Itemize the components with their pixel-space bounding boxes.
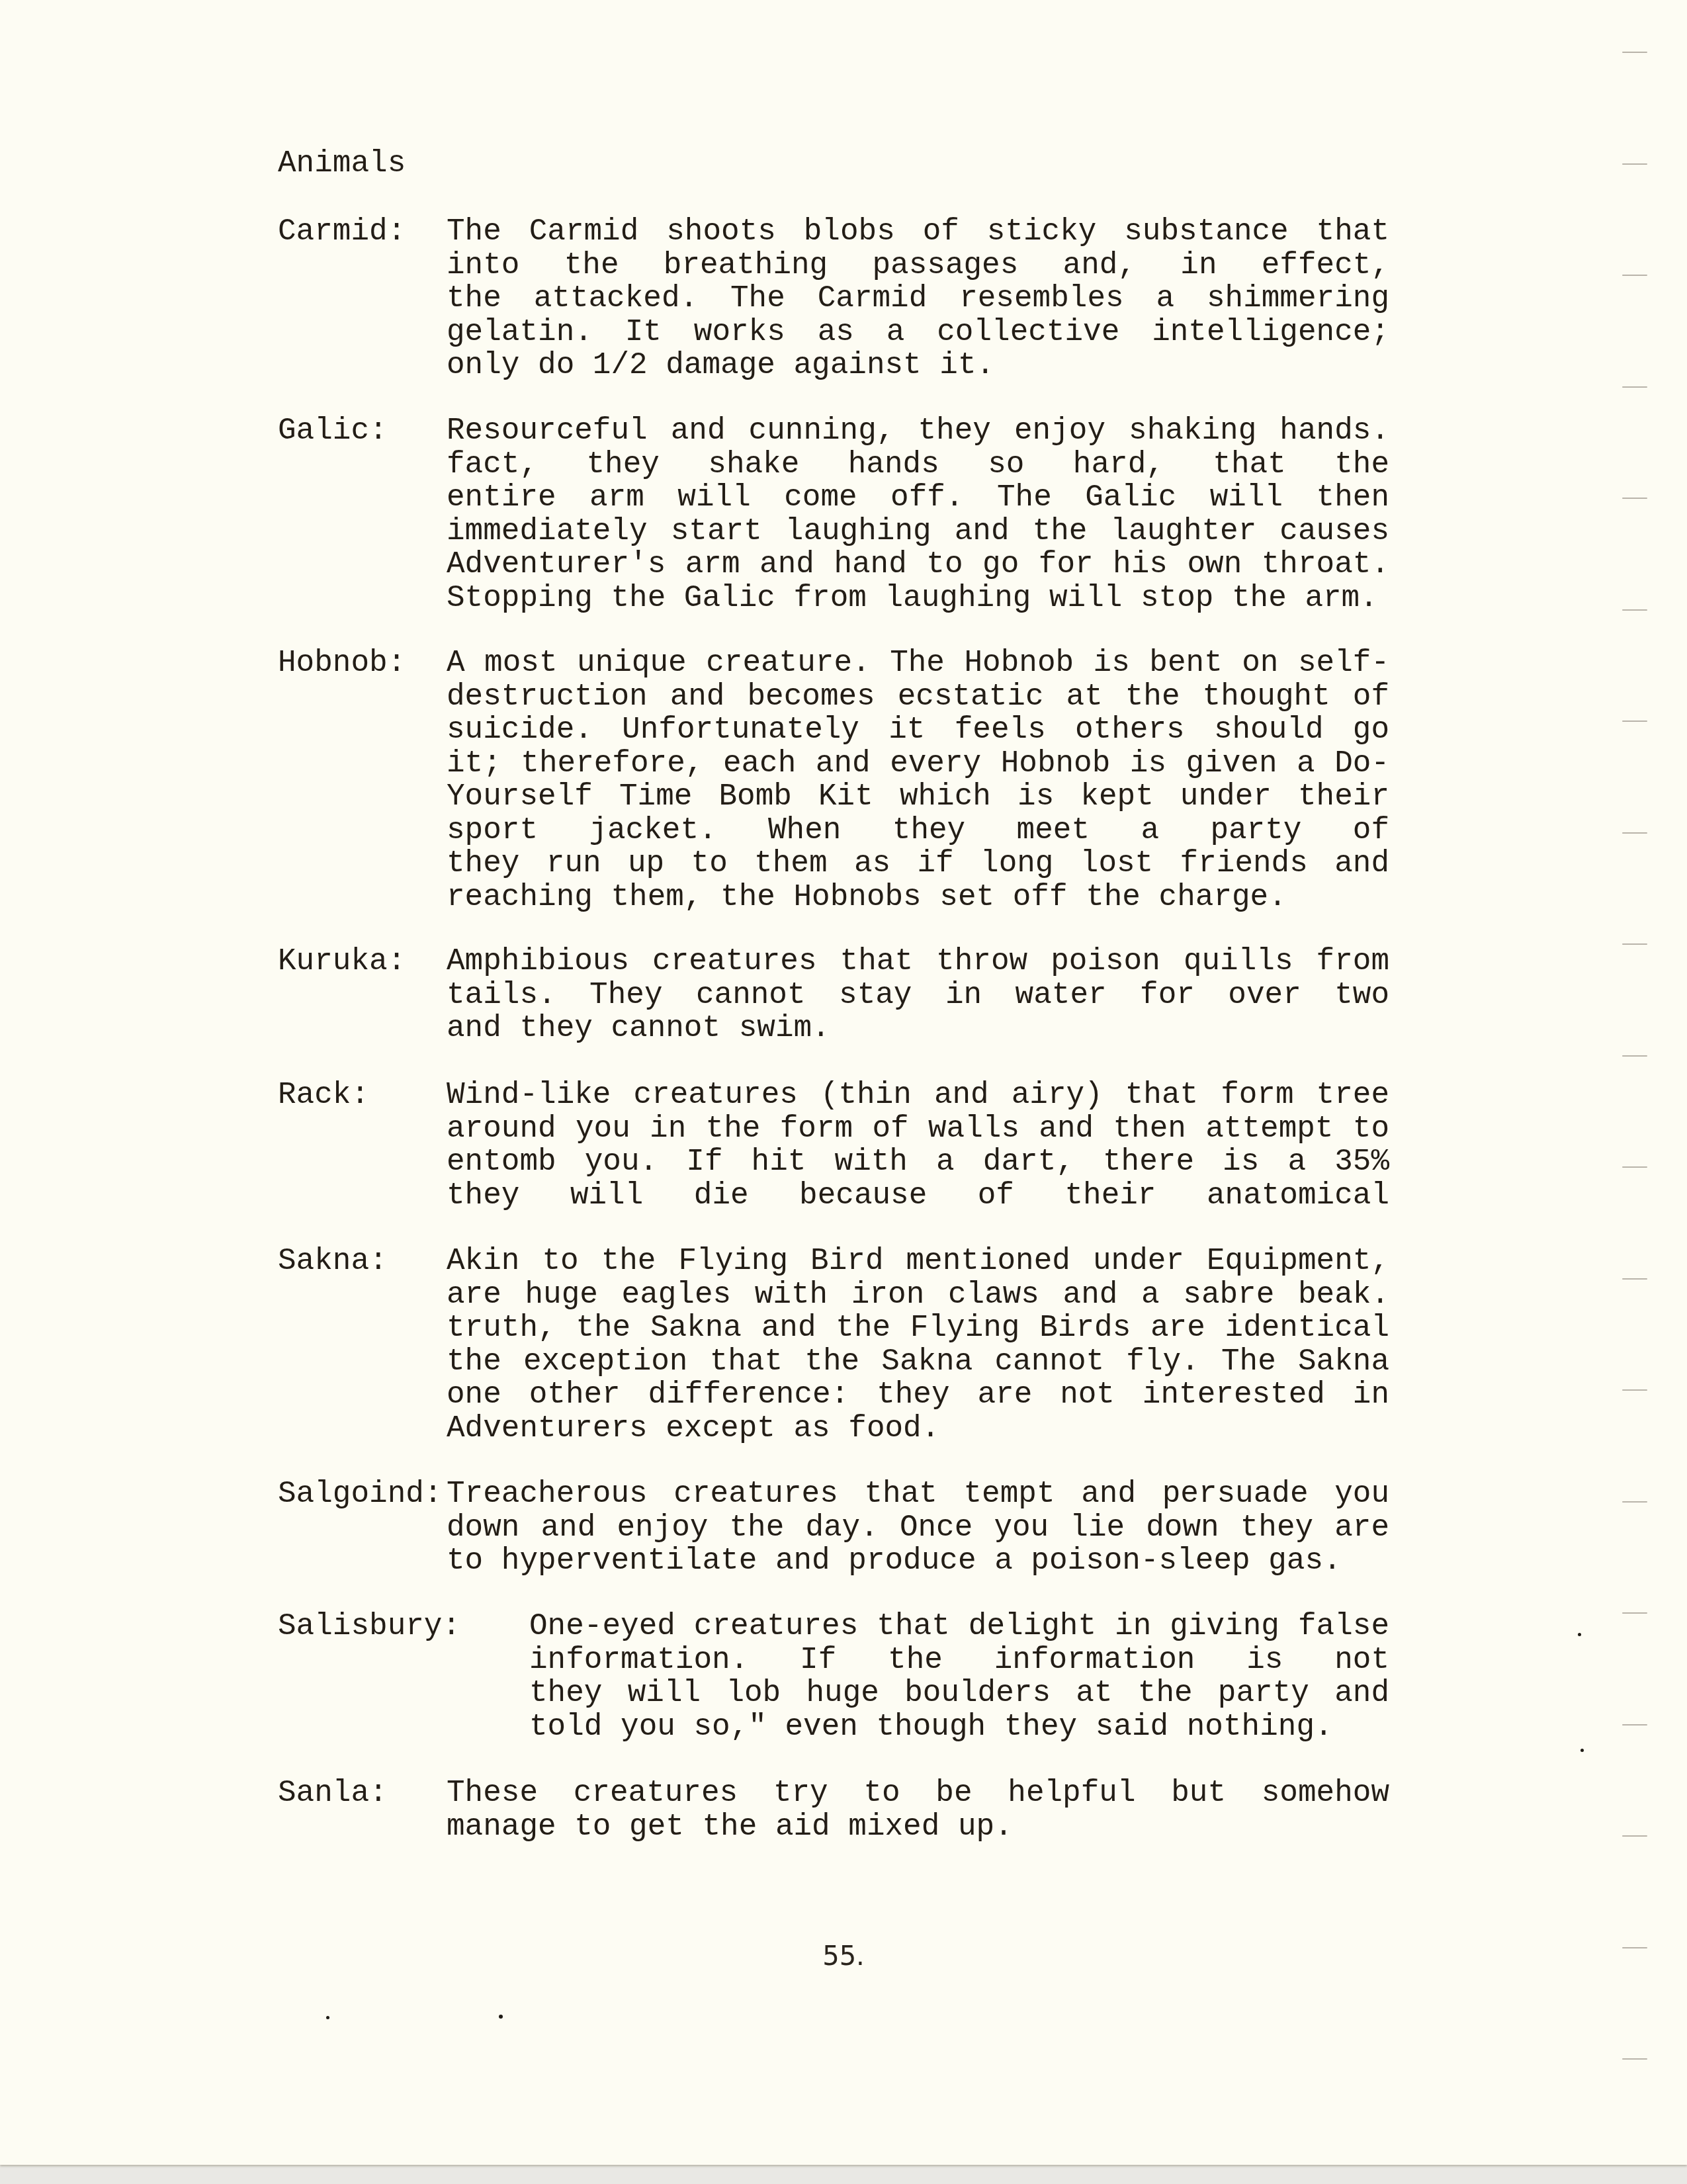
description-line: Adventurer's arm and hand to go for his …	[447, 548, 1389, 582]
description-line: Yourself Time Bomb Kit which is kept und…	[447, 780, 1389, 814]
description-line: one other difference: they are not inter…	[447, 1378, 1389, 1412]
edge-mark	[1622, 832, 1647, 834]
description-line: One-eyed creatures that delight in givin…	[529, 1610, 1389, 1643]
entry-label: Rack:	[278, 1078, 369, 1112]
edge-mark	[1622, 1947, 1647, 1948]
page-number: 55.	[0, 1940, 1687, 1973]
description-line: entire arm will come off. The Galic will…	[447, 481, 1389, 515]
edge-mark	[1622, 1612, 1647, 1614]
entry-label: Kuruka:	[278, 945, 406, 979]
description-line: Treacherous creatures that tempt and per…	[447, 1477, 1389, 1511]
edge-mark	[1622, 52, 1647, 53]
entry-label: Salisbury:	[278, 1610, 460, 1643]
description-line: into the breathing passages and, in effe…	[447, 249, 1389, 283]
entry-label: Carmid:	[278, 215, 406, 249]
edge-mark	[1622, 2058, 1647, 2060]
entry-label: Salgoind:	[278, 1477, 442, 1511]
description-line: Amphibious creatures that throw poison q…	[447, 945, 1389, 979]
scan-speck	[1580, 1749, 1584, 1752]
description-line: to hyperventilate and produce a poison-s…	[447, 1544, 1389, 1578]
description-line: The Carmid shoots blobs of sticky substa…	[447, 215, 1389, 249]
description-line: Stopping the Galic from laughing will st…	[447, 582, 1389, 615]
description-line: are huge eagles with iron claws and a sa…	[447, 1278, 1389, 1312]
description-line: they will die because of their anatomica…	[447, 1179, 1389, 1213]
description-line: These creatures try to be helpful but so…	[447, 1776, 1389, 1810]
entry-description: A most unique creature. The Hobnob is be…	[447, 646, 1389, 914]
edge-mark	[1622, 163, 1647, 165]
description-line: truth, the Sakna and the Flying Birds ar…	[447, 1311, 1389, 1345]
entry-label: Sanla:	[278, 1776, 388, 1810]
description-line: Resourceful and cunning, they enjoy shak…	[447, 414, 1389, 448]
edge-mark	[1622, 721, 1647, 722]
description-line: fact, they shake hands so hard, that the…	[447, 448, 1389, 482]
description-line: the attacked. The Carmid resembles a shi…	[447, 282, 1389, 316]
description-line: Adventurers except as food.	[447, 1412, 1389, 1446]
scan-speck	[1578, 1633, 1581, 1636]
edge-mark	[1622, 275, 1647, 276]
edge-mark	[1622, 1055, 1647, 1057]
description-line: tails. They cannot stay in water for ove…	[447, 979, 1389, 1012]
edge-mark	[1622, 386, 1647, 388]
edge-mark	[1622, 1501, 1647, 1503]
description-line: reaching them, the Hobnobs set off the c…	[447, 881, 1389, 914]
description-line: down and enjoy the day. Once you lie dow…	[447, 1511, 1389, 1545]
description-line: they run up to them as if long lost frie…	[447, 847, 1389, 881]
edge-mark	[1622, 1389, 1647, 1391]
description-line: it; therefore, each and every Hobnob is …	[447, 747, 1389, 781]
scan-speck	[326, 2016, 329, 2019]
description-line: Wind-like creatures (thin and airy) that…	[447, 1078, 1389, 1112]
edge-mark	[1622, 1278, 1647, 1280]
description-line: A most unique creature. The Hobnob is be…	[447, 646, 1389, 680]
description-line: the exception that the Sakna cannot fly.…	[447, 1345, 1389, 1379]
description-line: they will lob huge boulders at the party…	[529, 1677, 1389, 1710]
edge-mark	[1622, 1724, 1647, 1725]
document-page: Animals Carmid: The Carmid shoots blobs …	[0, 0, 1687, 2165]
description-line: destruction and becomes ecstatic at the …	[447, 680, 1389, 714]
edge-mark	[1622, 498, 1647, 499]
description-line: only do 1/2 damage against it.	[447, 349, 1389, 382]
description-line: and they cannot swim.	[447, 1012, 1389, 1045]
edge-mark	[1622, 609, 1647, 611]
entry-description: Resourceful and cunning, they enjoy shak…	[447, 414, 1389, 615]
description-line: immediately start laughing and the laugh…	[447, 515, 1389, 548]
entry-description: The Carmid shoots blobs of sticky substa…	[447, 215, 1389, 382]
edge-mark	[1622, 1166, 1647, 1168]
section-heading: Animals	[278, 147, 406, 181]
scan-speck	[499, 2015, 503, 2019]
description-line: around you in the form of walls and then…	[447, 1112, 1389, 1146]
entry-label: Hobnob:	[278, 646, 406, 680]
description-line: suicide. Unfortunately it feels others s…	[447, 713, 1389, 747]
description-line: entomb you. If hit with a dart, there is…	[447, 1145, 1389, 1179]
entry-label: Sakna:	[278, 1245, 388, 1278]
description-line: sport jacket. When they meet a party of …	[447, 814, 1389, 848]
entry-description: Akin to the Flying Bird mentioned under …	[447, 1245, 1389, 1445]
description-line: told you so," even though they said noth…	[529, 1710, 1389, 1744]
description-line: information. If the information is not a…	[529, 1643, 1389, 1677]
edge-mark	[1622, 943, 1647, 945]
entry-description: Treacherous creatures that tempt and per…	[447, 1477, 1389, 1578]
description-line: Akin to the Flying Bird mentioned under …	[447, 1245, 1389, 1278]
entry-label: Galic:	[278, 414, 388, 448]
entry-description: One-eyed creatures that delight in givin…	[529, 1610, 1389, 1743]
edge-mark	[1622, 1835, 1647, 1837]
description-line: gelatin. It works as a collective intell…	[447, 316, 1389, 349]
entry-description: These creatures try to be helpful but so…	[447, 1776, 1389, 1843]
description-line: manage to get the aid mixed up.	[447, 1810, 1389, 1844]
entry-description: Amphibious creatures that throw poison q…	[447, 945, 1389, 1045]
entry-description: Wind-like creatures (thin and airy) that…	[447, 1078, 1389, 1212]
